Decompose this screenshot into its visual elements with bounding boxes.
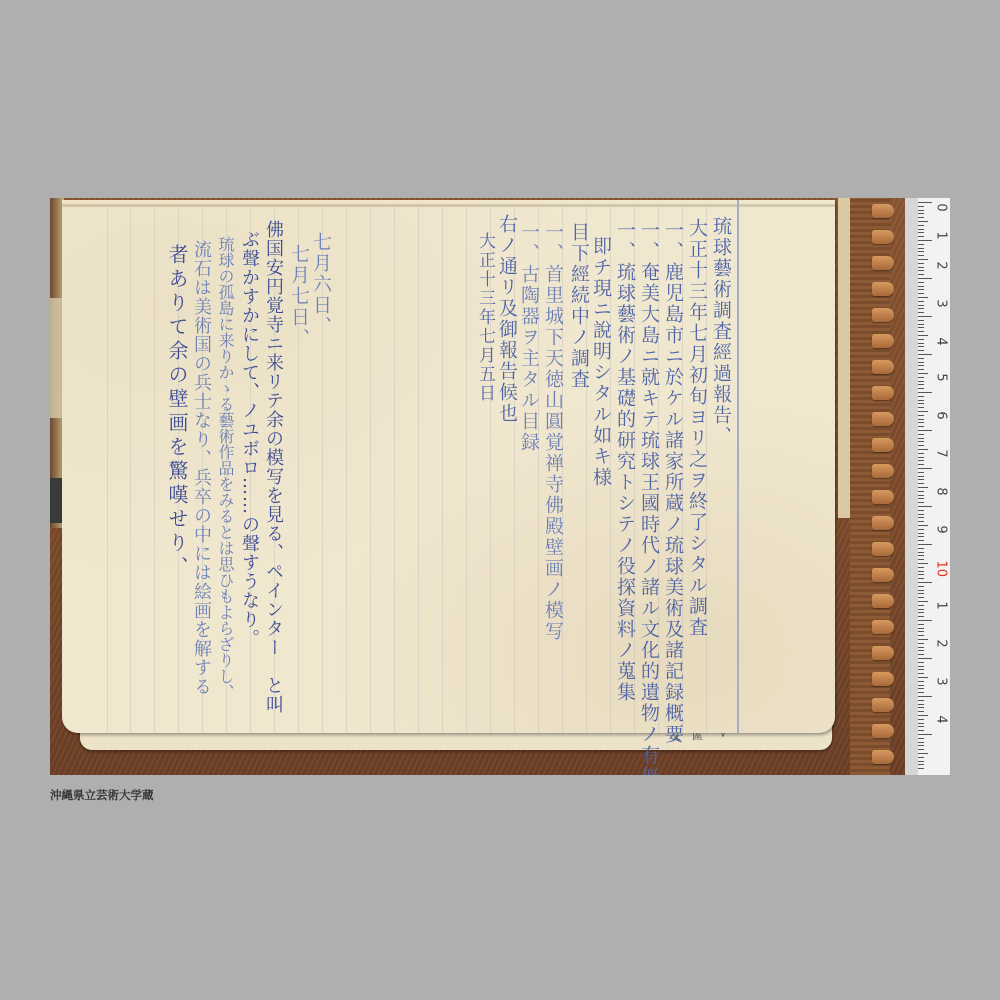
handwritten-line: 大正十三年七月五日 bbox=[474, 232, 496, 403]
background-strip bbox=[905, 198, 918, 775]
laced-leather-binding bbox=[838, 198, 906, 775]
handwritten-line: 琉球の孤島に来りかゝる藝術作品をみるとは思ひもよらざりし、 bbox=[214, 236, 236, 700]
handwritten-line: 即チ現ニ說明シタル如キ様 bbox=[590, 236, 612, 488]
handwritten-line: 大正十三年七月初旬ヨリ之ヲ終了シタル調査 bbox=[686, 218, 708, 638]
handwritten-line: 一、古陶器ヲ主タル目録 bbox=[518, 222, 540, 453]
handwritten-line: ぶ聲かすかにして、ノユボロ……の聲すうなり。 bbox=[238, 230, 260, 648]
measuring-ruler: 0 1 2 3 4 5 6 7 8 9 10 1 2 3 4 bbox=[918, 198, 950, 775]
ruler-label: 8 bbox=[934, 485, 949, 499]
ruler-label: 4 bbox=[934, 713, 949, 727]
handwritten-line: 一、首里城下天徳山圓覚禅寺佛殿壁画ノ模写 bbox=[542, 222, 564, 642]
ruler-label: 1 bbox=[934, 229, 949, 243]
handwritten-line: 右ノ通リ及御報告候也 bbox=[496, 214, 518, 424]
collection-caption: 沖縄県立芸術大学蔵 bbox=[50, 787, 154, 803]
ruler-label: 3 bbox=[934, 675, 949, 689]
handwritten-line: 七月六日、 bbox=[310, 232, 332, 337]
margin-line bbox=[737, 200, 739, 733]
handwritten-line: 一、鹿児島市ニ於ケル諸家所蔵ノ琉球美術及諸記録概要 bbox=[662, 220, 684, 745]
ruler-label-red: 10 bbox=[934, 561, 949, 575]
ruler-label: 3 bbox=[934, 297, 949, 311]
notebook-page: 琉球藝術調査經過報告、 大正十三年七月初旬ヨリ之ヲ終了シタル調査 一、鹿児島市ニ… bbox=[62, 200, 835, 733]
handwritten-line: 佛国安円覚寺ニ来リテ余の模写を見る、ペインター と叫 bbox=[262, 220, 284, 714]
ruler-label: 6 bbox=[934, 409, 949, 423]
handwritten-line: 一、奄美大島ニ就キテ琉球王國時代ノ諸ル文化的遺物ノ有無 bbox=[638, 220, 660, 775]
handwritten-line: 七月七日、 bbox=[288, 244, 310, 349]
ruler-label: 7 bbox=[934, 447, 949, 461]
notebook-photograph: 文 區 √ 琉球藝術調査經過報告、 大正十三年七月初旬ヨリ之ヲ bbox=[50, 198, 950, 775]
handwritten-line: 琉球藝術調査經過報告、 bbox=[710, 216, 732, 447]
handwritten-line: 流石は美術国の兵士なり、兵卒の中には絵画を解する bbox=[190, 240, 212, 696]
ruler-label: 2 bbox=[934, 259, 949, 273]
handwritten-line: 者ありて余の壁画を驚嘆せり、 bbox=[166, 244, 188, 580]
ruler-label: 4 bbox=[934, 335, 949, 349]
handwritten-line: 一、琉球藝術ノ基礎的研究トシテノ役探資料ノ蒐集 bbox=[614, 220, 636, 703]
ruler-label: 1 bbox=[934, 599, 949, 613]
ruler-label: 5 bbox=[934, 371, 949, 385]
ruler-label: 0 bbox=[934, 201, 949, 215]
handwritten-line: 目下經続中ノ調査 bbox=[568, 222, 590, 390]
ruler-label: 2 bbox=[934, 637, 949, 651]
ruler-label: 9 bbox=[934, 523, 949, 537]
